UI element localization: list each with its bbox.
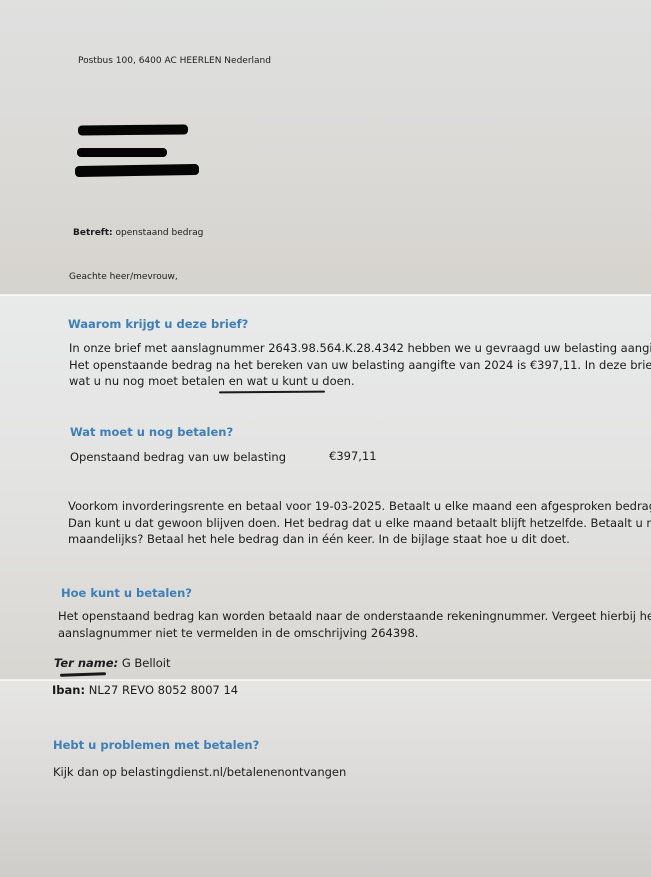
iban-value: NL27 REVO 8052 8007 14 [89, 683, 238, 697]
paper-fold-line [0, 294, 651, 296]
subject-value: openstaand bedrag [116, 228, 204, 238]
iban-label: Iban: [52, 683, 85, 697]
body-line: Het openstaande bedrag na het bereken va… [69, 357, 651, 374]
section-body-why: In onze brief met aanslagnummer 2643.98.… [69, 340, 651, 390]
paper-fold-line [0, 679, 651, 681]
payee-value: G Belloit [122, 656, 171, 670]
body-line: Voorkom invorderingsrente en betaal voor… [68, 498, 651, 515]
subject-line: Betreft: openstaand bedrag [73, 225, 203, 241]
body-line: Het openstaand bedrag kan worden betaald… [58, 608, 651, 625]
salutation: Geachte heer/mevrouw, [69, 269, 178, 285]
body-line: maandelijks? Betaal het hele bedrag dan … [68, 531, 651, 548]
section-heading-why: Waarom krijgt u deze brief? [68, 316, 248, 332]
help-link-text: Kijk dan op belastingdienst.nl/betalenen… [53, 764, 346, 780]
subject-label: Betreft: [73, 228, 113, 238]
section-heading-how-to-pay: Hoe kunt u betalen? [61, 585, 192, 601]
amount-value: €397,11 [329, 448, 377, 464]
redaction-bar [78, 125, 188, 136]
body-line: aanslagnummer niet te vermelden in de om… [58, 625, 651, 642]
body-line: Dan kunt u dat gewoon blijven doen. Het … [68, 515, 651, 532]
redaction-bar [77, 148, 167, 157]
section-heading-amount: Wat moet u nog betalen? [70, 424, 233, 440]
amount-label: Openstaand bedrag van uw belasting [70, 449, 286, 465]
sender-address: Postbus 100, 6400 AC HEERLEN Nederland [78, 53, 271, 69]
payee-line: Ter name: G Belloit [54, 655, 171, 671]
body-line: wat u nu nog moet betalen en wat u kunt … [69, 373, 651, 390]
redaction-bar [75, 164, 199, 177]
iban-line: Iban: NL27 REVO 8052 8007 14 [52, 682, 238, 698]
section-body-how-to-pay: Het openstaand bedrag kan worden betaald… [58, 608, 651, 641]
section-heading-problems: Hebt u problemen met betalen? [53, 737, 259, 753]
section-body-amount: Voorkom invorderingsrente en betaal voor… [68, 498, 651, 548]
payee-label: Ter name: [54, 656, 118, 670]
body-line: In onze brief met aanslagnummer 2643.98.… [69, 340, 651, 357]
